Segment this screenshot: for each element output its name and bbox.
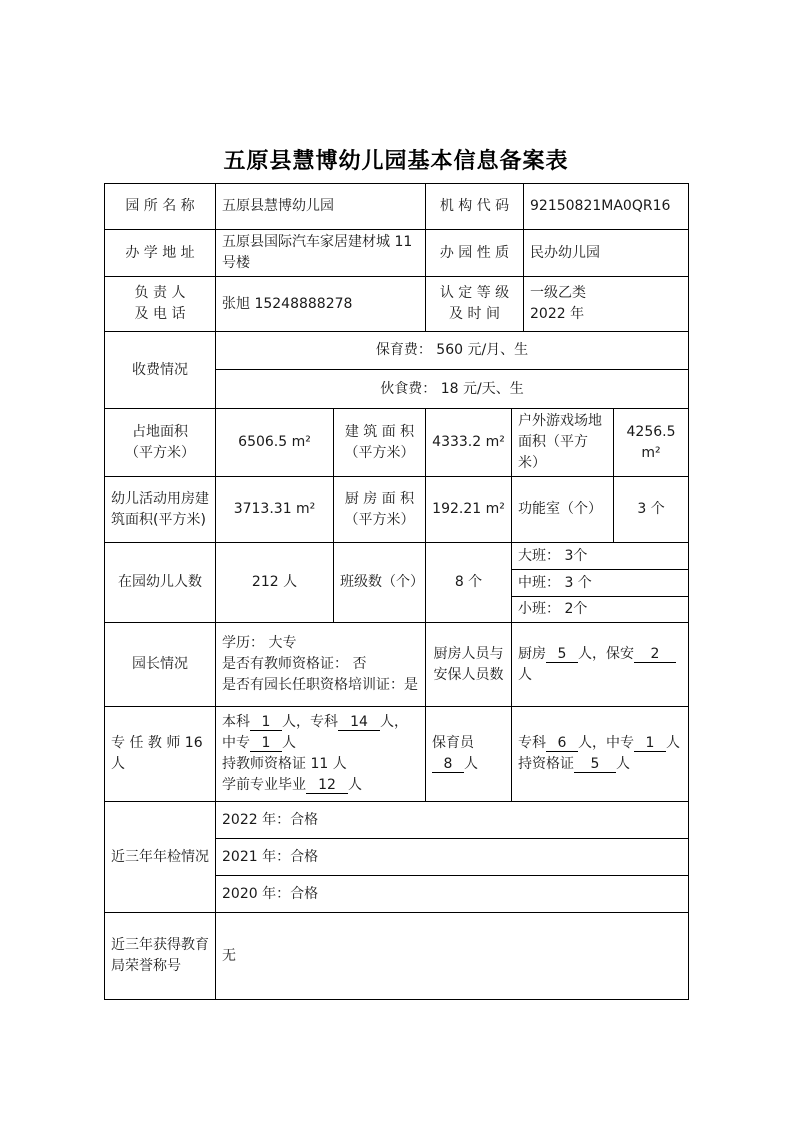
inspection-2020-value: 2020 年：合格 [216, 876, 689, 913]
rating-label: 认 定 等 级 及 时 间 [426, 277, 524, 332]
kindergarten-name-label: 园 所 名 称 [105, 184, 216, 230]
form-title: 五原县慧博幼儿园基本信息备案表 [104, 144, 688, 175]
kindergarten-info-table: 园 所 名 称 五原县慧博幼儿园 机 构 代 码 92150821MA0QR16… [104, 183, 689, 1000]
land-area-label: 占地面积 （平方米） [105, 409, 216, 477]
enrollment-value: 212 人 [216, 543, 334, 623]
label-line: 厨房人员与 [432, 644, 505, 665]
org-code-value: 92150821MA0QR16 [524, 184, 689, 230]
caregiver-detail-value: 专科6人，中专1人 持资格证5人 [512, 707, 689, 802]
blank-value: 12 [306, 777, 348, 794]
blank-value: 5 [574, 756, 616, 773]
table-row: 近三年获得教育 局荣誉称号 无 [105, 913, 689, 1000]
label-line: 安保人员数 [432, 665, 505, 686]
value-line: 专科6人，中专1人 [518, 733, 682, 754]
blank-value: 2 [634, 646, 676, 663]
blank-value: 14 [338, 714, 380, 731]
value-line: 学历： 大专 [222, 633, 419, 654]
class-count-value: 8 个 [426, 543, 512, 623]
label-line: 及 电 话 [111, 304, 209, 325]
text-segment: 学前专业毕业 [222, 777, 306, 793]
text-segment: 人 [464, 756, 478, 772]
text-segment: 本科 [222, 714, 250, 730]
label-line: （平方米） [111, 443, 209, 464]
kitchen-security-label: 厨房人员与 安保人员数 [426, 623, 512, 707]
value-line: 2022 年 [530, 304, 682, 325]
label-line: 近三年获得教育 [111, 935, 209, 956]
text-segment: 人，保安 [578, 646, 634, 662]
ownership-type-value: 民办幼儿园 [524, 230, 689, 277]
teachers-label: 专 任 教 师 16 人 [105, 707, 216, 802]
land-area-value: 6506.5 m² [216, 409, 334, 477]
value-line: 学前专业毕业12人 [222, 775, 419, 796]
text-segment: 专科 [518, 735, 546, 751]
table-row: 专 任 教 师 16 人 本科1人，专科14人，中专1人 持教师资格证 11 人… [105, 707, 689, 802]
inspection-label: 近三年年检情况 [105, 802, 216, 913]
table-row: 近三年年检情况 2022 年：合格 [105, 802, 689, 839]
label-line: 建 筑 面 积 [340, 422, 419, 443]
building-area-value: 4333.2 m² [426, 409, 512, 477]
value-line: 一级乙类 [530, 283, 682, 304]
label-line: 厨 房 面 积 [340, 489, 419, 510]
blank-value: 8 [432, 756, 464, 773]
label-line: 占地面积 [111, 422, 209, 443]
label-line: 及 时 间 [432, 304, 517, 325]
rating-value: 一级乙类 2022 年 [524, 277, 689, 332]
text-segment: 人 [348, 777, 362, 793]
kindergarten-name-value: 五原县慧博幼儿园 [216, 184, 426, 230]
outdoor-area-label: 户外游戏场地 面积（平方米） [512, 409, 614, 477]
value-line: 是否有教师资格证： 否 [222, 654, 419, 675]
meal-fee-value: 伙食费： 18 元/天、生 [216, 370, 689, 409]
kitchen-area-value: 192.21 m² [426, 477, 512, 543]
middle-class-value: 中班： 3 个 [512, 570, 689, 597]
honors-label: 近三年获得教育 局荣誉称号 [105, 913, 216, 1000]
teachers-detail-value: 本科1人，专科14人，中专1人 持教师资格证 11 人 学前专业毕业12人 [216, 707, 426, 802]
table-row: 园 所 名 称 五原县慧博幼儿园 机 构 代 码 92150821MA0QR16 [105, 184, 689, 230]
label-line: 面积（平方米） [518, 432, 607, 474]
care-fee-value: 保育费： 560 元/月、生 [216, 332, 689, 370]
text-segment: 人 [666, 735, 680, 751]
function-rooms-label: 功能室（个） [512, 477, 614, 543]
table-row: 幼儿活动用房建 筑面积(平方米) 3713.31 m² 厨 房 面 积 （平方米… [105, 477, 689, 543]
text-segment: 厨房 [518, 646, 546, 662]
label-line: 认 定 等 级 [432, 283, 517, 304]
kitchen-area-label: 厨 房 面 积 （平方米） [334, 477, 426, 543]
label-line: 局荣誉称号 [111, 956, 209, 977]
inspection-2022-value: 2022 年：合格 [216, 802, 689, 839]
principal-info-value: 学历： 大专 是否有教师资格证： 否 是否有园长任职资格培训证：是 [216, 623, 426, 707]
fees-label: 收费情况 [105, 332, 216, 409]
table-row: 园长情况 学历： 大专 是否有教师资格证： 否 是否有园长任职资格培训证：是 厨… [105, 623, 689, 707]
outdoor-area-value: 4256.5 m² [614, 409, 689, 477]
blank-value: 1 [250, 735, 282, 752]
label-line: （平方米） [340, 443, 419, 464]
text-segment: 持资格证 [518, 756, 574, 772]
inspection-2021-value: 2021 年：合格 [216, 839, 689, 876]
label-line: 户外游戏场地 [518, 411, 607, 432]
building-area-label: 建 筑 面 积 （平方米） [334, 409, 426, 477]
function-rooms-value: 3 个 [614, 477, 689, 543]
table-row: 负 责 人 及 电 话 张旭 15248888278 认 定 等 级 及 时 间… [105, 277, 689, 332]
principal-phone-value: 张旭 15248888278 [216, 277, 426, 332]
document-page: 五原县慧博幼儿园基本信息备案表 园 所 名 称 五原县慧博幼儿园 机 构 代 码… [0, 0, 793, 1122]
honors-value: 无 [216, 913, 689, 1000]
table-row: 占地面积 （平方米） 6506.5 m² 建 筑 面 积 （平方米） 4333.… [105, 409, 689, 477]
principal-phone-label: 负 责 人 及 电 话 [105, 277, 216, 332]
label-line: （平方米） [340, 510, 419, 531]
text-segment: 保育员 [432, 735, 474, 751]
address-value: 五原县国际汽车家居建材城 11号楼 [216, 230, 426, 277]
text-segment: 人 [616, 756, 630, 772]
activity-area-value: 3713.31 m² [216, 477, 334, 543]
label-line: 筑面积(平方米) [111, 510, 209, 531]
label-line: 专 任 教 师 16 [111, 733, 209, 754]
value-line: 持资格证5人 [518, 754, 682, 775]
address-label: 办 学 地 址 [105, 230, 216, 277]
label-line: 幼儿活动用房建 [111, 489, 209, 510]
text-segment: 人 [282, 735, 296, 751]
blank-value: 1 [250, 714, 282, 731]
ownership-type-label: 办 园 性 质 [426, 230, 524, 277]
blank-value: 5 [546, 646, 578, 663]
text-segment: 人 [518, 667, 532, 683]
value-line: 是否有园长任职资格培训证：是 [222, 675, 419, 696]
label-line: 人 [111, 754, 209, 775]
class-count-label: 班级数（个） [334, 543, 426, 623]
caregiver-count-value: 保育员8人 [426, 707, 512, 802]
senior-class-value: 大班： 3个 [512, 543, 689, 570]
value-line: 本科1人，专科14人，中专1人 [222, 712, 419, 754]
org-code-label: 机 构 代 码 [426, 184, 524, 230]
enrollment-label: 在园幼儿人数 [105, 543, 216, 623]
label-line: 负 责 人 [111, 283, 209, 304]
junior-class-value: 小班： 2个 [512, 597, 689, 623]
text-segment: 人，专科 [282, 714, 338, 730]
table-row: 办 学 地 址 五原县国际汽车家居建材城 11号楼 办 园 性 质 民办幼儿园 [105, 230, 689, 277]
kitchen-security-value: 厨房5人，保安2人 [512, 623, 689, 707]
value-line: 持教师资格证 11 人 [222, 754, 419, 775]
blank-value: 1 [634, 735, 666, 752]
text-segment: 人，中专 [578, 735, 634, 751]
table-row: 收费情况 保育费： 560 元/月、生 [105, 332, 689, 370]
table-row: 在园幼儿人数 212 人 班级数（个） 8 个 大班： 3个 [105, 543, 689, 570]
blank-value: 6 [546, 735, 578, 752]
activity-area-label: 幼儿活动用房建 筑面积(平方米) [105, 477, 216, 543]
principal-info-label: 园长情况 [105, 623, 216, 707]
